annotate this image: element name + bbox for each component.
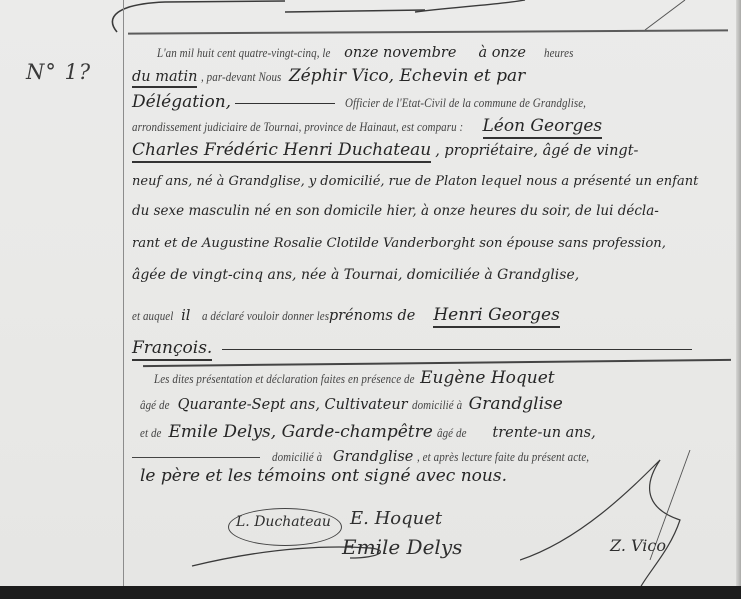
handwritten-occupation-age: , propriétaire, âgé de vingt- <box>435 143 638 159</box>
printed-text: et auquel <box>132 309 173 324</box>
line-10: et auquel il a déclaré vouloir donner le… <box>132 305 560 328</box>
line-5: Charles Frédéric Henri Duchateau , propr… <box>132 140 638 163</box>
line-9: âgée de vingt-cinq ans, née à Tournai, d… <box>132 266 579 284</box>
handwritten-officer-name: Zéphir Vico, Echevin et par <box>289 66 525 86</box>
handwritten-place: Grandglise <box>469 394 563 414</box>
blank-rule <box>222 348 692 350</box>
signature-officer-flourish <box>520 450 700 590</box>
printed-text: a déclaré vouloir donner les <box>202 309 329 324</box>
printed-text: domicilié à <box>272 450 322 465</box>
printed-text: âgé de <box>140 398 170 413</box>
signature-officer: Z. Vico <box>610 536 666 555</box>
handwritten-witness-1-details: Quarante-Sept ans, Cultivateur <box>178 397 408 413</box>
handwritten-delegation: Délégation, <box>132 92 231 112</box>
handwritten-witness-2: Emile Delys, Garde-champêtre <box>168 422 432 442</box>
line-6: neuf ans, né à Grandglise, y domicilié, … <box>132 172 698 190</box>
line-7: du sexe masculin né en son domicile hier… <box>132 202 659 220</box>
handwritten-child-third-name: François. <box>132 338 212 361</box>
handwritten-declarant-names: Charles Frédéric Henri Duchateau <box>132 140 431 163</box>
entry-number: N° 1? <box>26 60 91 84</box>
handwritten-witness-1: Eugène Hoquet <box>420 368 555 388</box>
signature-witness-1: E. Hoquet <box>350 508 442 529</box>
handwritten-hour: à onze <box>478 45 526 61</box>
line-2: du matin , par-devant Nous Zéphir Vico, … <box>132 66 525 88</box>
line-16: le père et les témoins ont signé avec no… <box>140 466 507 486</box>
page-right-edge <box>736 0 741 587</box>
printed-text: , par-devant Nous <box>201 70 281 85</box>
margin-rule <box>123 0 124 587</box>
line-14: et de Emile Delys, Garde-champêtre âgé d… <box>140 422 596 442</box>
line-4: arrondissement judiciaire de Tournai, pr… <box>132 116 602 139</box>
signature-witness-2: Emile Delys <box>342 535 462 559</box>
line-8: rant et de Augustine Rosalie Clotilde Va… <box>132 234 666 252</box>
handwritten-closing: le père et les témoins ont signé avec no… <box>140 466 507 486</box>
handwritten-declarant-first-names: Léon Georges <box>483 116 603 139</box>
handwritten-pronoun: il <box>181 308 190 324</box>
register-page: N° 1? L'an mil huit cent quatre-vingt-ci… <box>0 0 741 587</box>
printed-text: Les dites présentation et déclaration fa… <box>154 372 415 387</box>
printed-text: Officier de l'Etat-Civil de la commune d… <box>345 96 586 111</box>
handwritten-text: neuf ans, né à Grandglise, y domicilié, … <box>132 174 698 189</box>
line-12: Les dites présentation et déclaration fa… <box>154 368 555 388</box>
printed-text: L'an mil huit cent quatre-vingt-cinq, le <box>157 46 330 61</box>
handwritten-child-first-names: Henri Georges <box>433 305 559 328</box>
blank-rule <box>235 102 335 104</box>
line-3: Délégation, Officier de l'Etat-Civil de … <box>132 92 619 112</box>
handwritten-place: Grandglise <box>333 449 413 465</box>
signature-father: L. Duchateau <box>236 514 331 530</box>
line-13: âgé de Quarante-Sept ans, Cultivateur do… <box>140 394 563 414</box>
handwritten-witness-2-age: trente-un ans, <box>492 425 595 441</box>
handwritten-text: rant et de Augustine Rosalie Clotilde Va… <box>132 236 666 251</box>
printed-text: heures <box>544 46 573 61</box>
handwritten-text: prénoms de <box>329 308 416 324</box>
scan-bottom-border <box>0 586 741 599</box>
line-1: L'an mil huit cent quatre-vingt-cinq, le… <box>157 44 577 62</box>
handwritten-text: du sexe masculin né en son domicile hier… <box>132 203 659 219</box>
printed-text: domicilié à <box>412 398 462 413</box>
line-11: François. <box>132 338 692 361</box>
printed-text: âgé de <box>437 426 467 441</box>
printed-text: arrondissement judiciaire de Tournai, pr… <box>132 120 463 135</box>
handwritten-text: âgée de vingt-cinq ans, née à Tournai, d… <box>132 267 579 283</box>
handwritten-time-of-day: du matin <box>132 69 197 88</box>
printed-text: et de <box>140 426 162 441</box>
handwritten-date: onze novembre <box>344 45 456 61</box>
blank-rule <box>132 457 260 458</box>
